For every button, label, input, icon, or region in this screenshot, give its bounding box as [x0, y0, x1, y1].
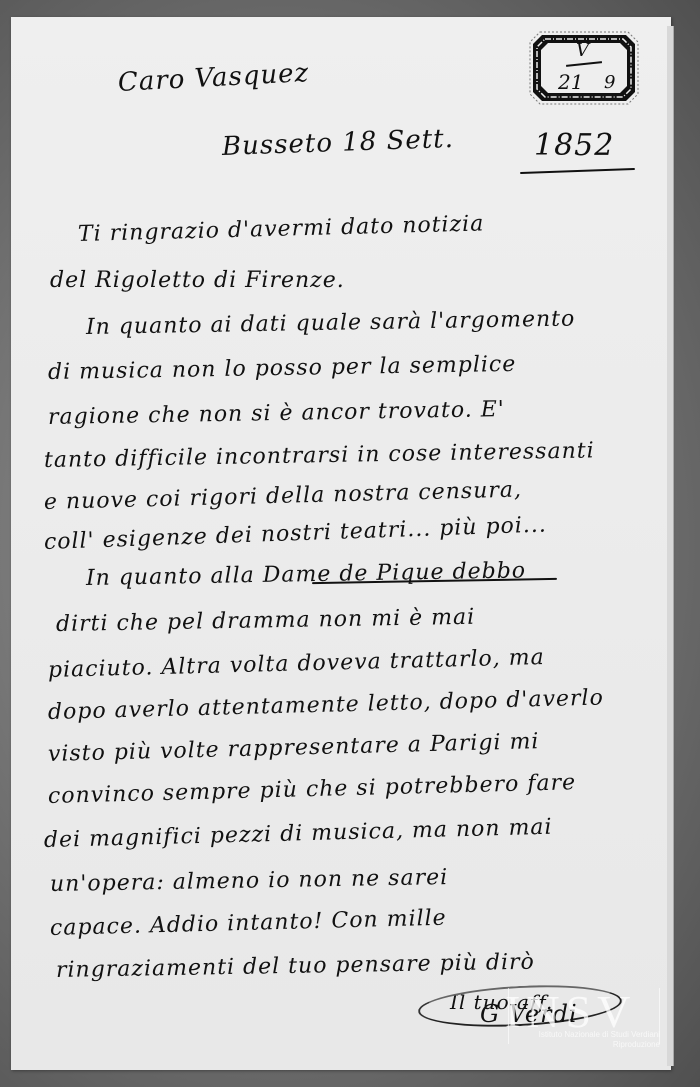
stamp-suffix: 9 [604, 72, 615, 93]
watermark-caption-line1: Istituto Nazionale di Studi Verdiani [505, 1030, 660, 1040]
watermark-caption: Istituto Nazionale di Studi Verdiani Rip… [505, 1030, 660, 1050]
watermark-caption-line2: Riproduzione [505, 1040, 660, 1050]
archive-stamp: V 21 9 [528, 30, 640, 106]
stamp-roman-numeral: V [576, 40, 589, 61]
paper-edge [667, 26, 674, 1066]
body-line: del Rigoletto di Firenze. [50, 268, 345, 293]
stamp-number: 21 [558, 70, 583, 94]
letter-year: 1852 [534, 128, 614, 163]
